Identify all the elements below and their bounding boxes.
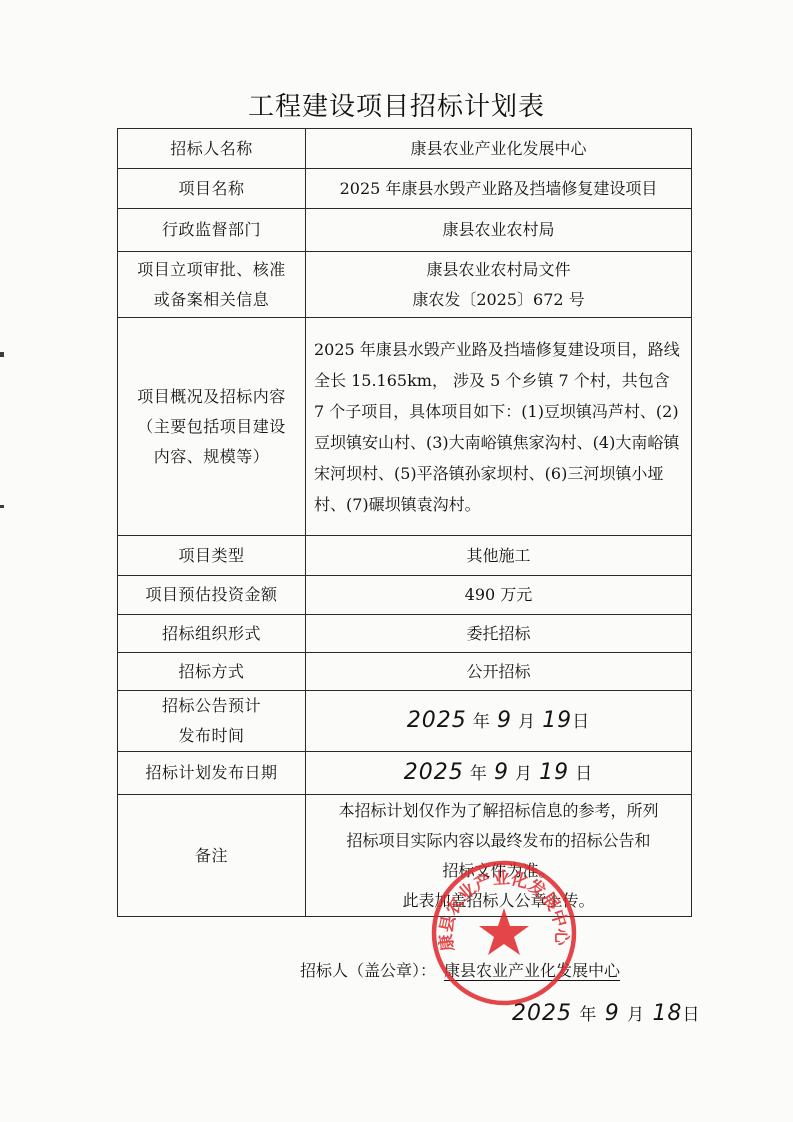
value-announcement-time: 2025 年 9 月 19日 xyxy=(306,691,692,752)
table-row: 招标人名称 康县农业产业化发展中心 xyxy=(118,129,692,169)
label-project-overview: 项目概况及招标内容 （主要包括项目建设 内容、规模等） xyxy=(118,318,306,536)
signature-label: 招标人（盖公章）： xyxy=(300,961,436,980)
table-row: 招标方式 公开招标 xyxy=(118,653,692,691)
table-row: 招标公告预计 发布时间 2025 年 9 月 19日 xyxy=(118,691,692,752)
label-project-name: 项目名称 xyxy=(118,169,306,209)
label-approval-info: 项目立项审批、核准 或备案相关信息 xyxy=(118,252,306,318)
tenderer-signature: 招标人（盖公章）：康县农业产业化发展中心 xyxy=(300,958,620,981)
value-tenderer-name: 康县农业产业化发展中心 xyxy=(306,129,692,169)
value-estimated-investment: 490 万元 xyxy=(306,576,692,615)
document-title: 工程建设项目招标计划表 xyxy=(0,86,793,123)
table-row: 备注 本招标计划仅作为了解招标信息的参考，所列 招标项目实际内容以最终发布的招标… xyxy=(118,795,692,917)
label-remarks: 备注 xyxy=(118,795,306,917)
value-plan-publish-date: 2025 年 9 月 19 日 xyxy=(306,752,692,795)
signature-date: 2025 年 9 月 18日 xyxy=(512,1000,700,1026)
value-project-overview: 2025 年康县水毁产业路及挡墙修复建设项目，路线全长 15.165km， 涉及… xyxy=(306,318,692,536)
signature-org: 康县农业产业化发展中心 xyxy=(444,961,620,980)
scan-mark xyxy=(0,505,4,508)
value-remarks: 本招标计划仅作为了解招标信息的参考，所列 招标项目实际内容以最终发布的招标公告和… xyxy=(306,795,692,917)
value-project-name: 2025 年康县水毁产业路及挡墙修复建设项目 xyxy=(306,169,692,209)
value-supervision-dept: 康县农业农村局 xyxy=(306,209,692,252)
value-project-type: 其他施工 xyxy=(306,536,692,576)
bidding-plan-table: 招标人名称 康县农业产业化发展中心 项目名称 2025 年康县水毁产业路及挡墙修… xyxy=(117,128,692,917)
label-plan-publish-date: 招标计划发布日期 xyxy=(118,752,306,795)
table-row: 项目立项审批、核准 或备案相关信息 康县农业农村局文件 康农发〔2025〕672… xyxy=(118,252,692,318)
value-approval-info: 康县农业农村局文件 康农发〔2025〕672 号 xyxy=(306,252,692,318)
label-organization-form: 招标组织形式 xyxy=(118,615,306,653)
label-announcement-time: 招标公告预计 发布时间 xyxy=(118,691,306,752)
table-row: 项目预估投资金额 490 万元 xyxy=(118,576,692,615)
table-row: 行政监督部门 康县农业农村局 xyxy=(118,209,692,252)
table-row: 招标组织形式 委托招标 xyxy=(118,615,692,653)
table-row: 招标计划发布日期 2025 年 9 月 19 日 xyxy=(118,752,692,795)
table-row: 项目概况及招标内容 （主要包括项目建设 内容、规模等） 2025 年康县水毁产业… xyxy=(118,318,692,536)
value-bidding-method: 公开招标 xyxy=(306,653,692,691)
label-tenderer-name: 招标人名称 xyxy=(118,129,306,169)
scan-mark xyxy=(0,352,4,357)
table-row: 项目类型 其他施工 xyxy=(118,536,692,576)
table-row: 项目名称 2025 年康县水毁产业路及挡墙修复建设项目 xyxy=(118,169,692,209)
label-project-type: 项目类型 xyxy=(118,536,306,576)
label-supervision-dept: 行政监督部门 xyxy=(118,209,306,252)
value-organization-form: 委托招标 xyxy=(306,615,692,653)
label-bidding-method: 招标方式 xyxy=(118,653,306,691)
label-estimated-investment: 项目预估投资金额 xyxy=(118,576,306,615)
